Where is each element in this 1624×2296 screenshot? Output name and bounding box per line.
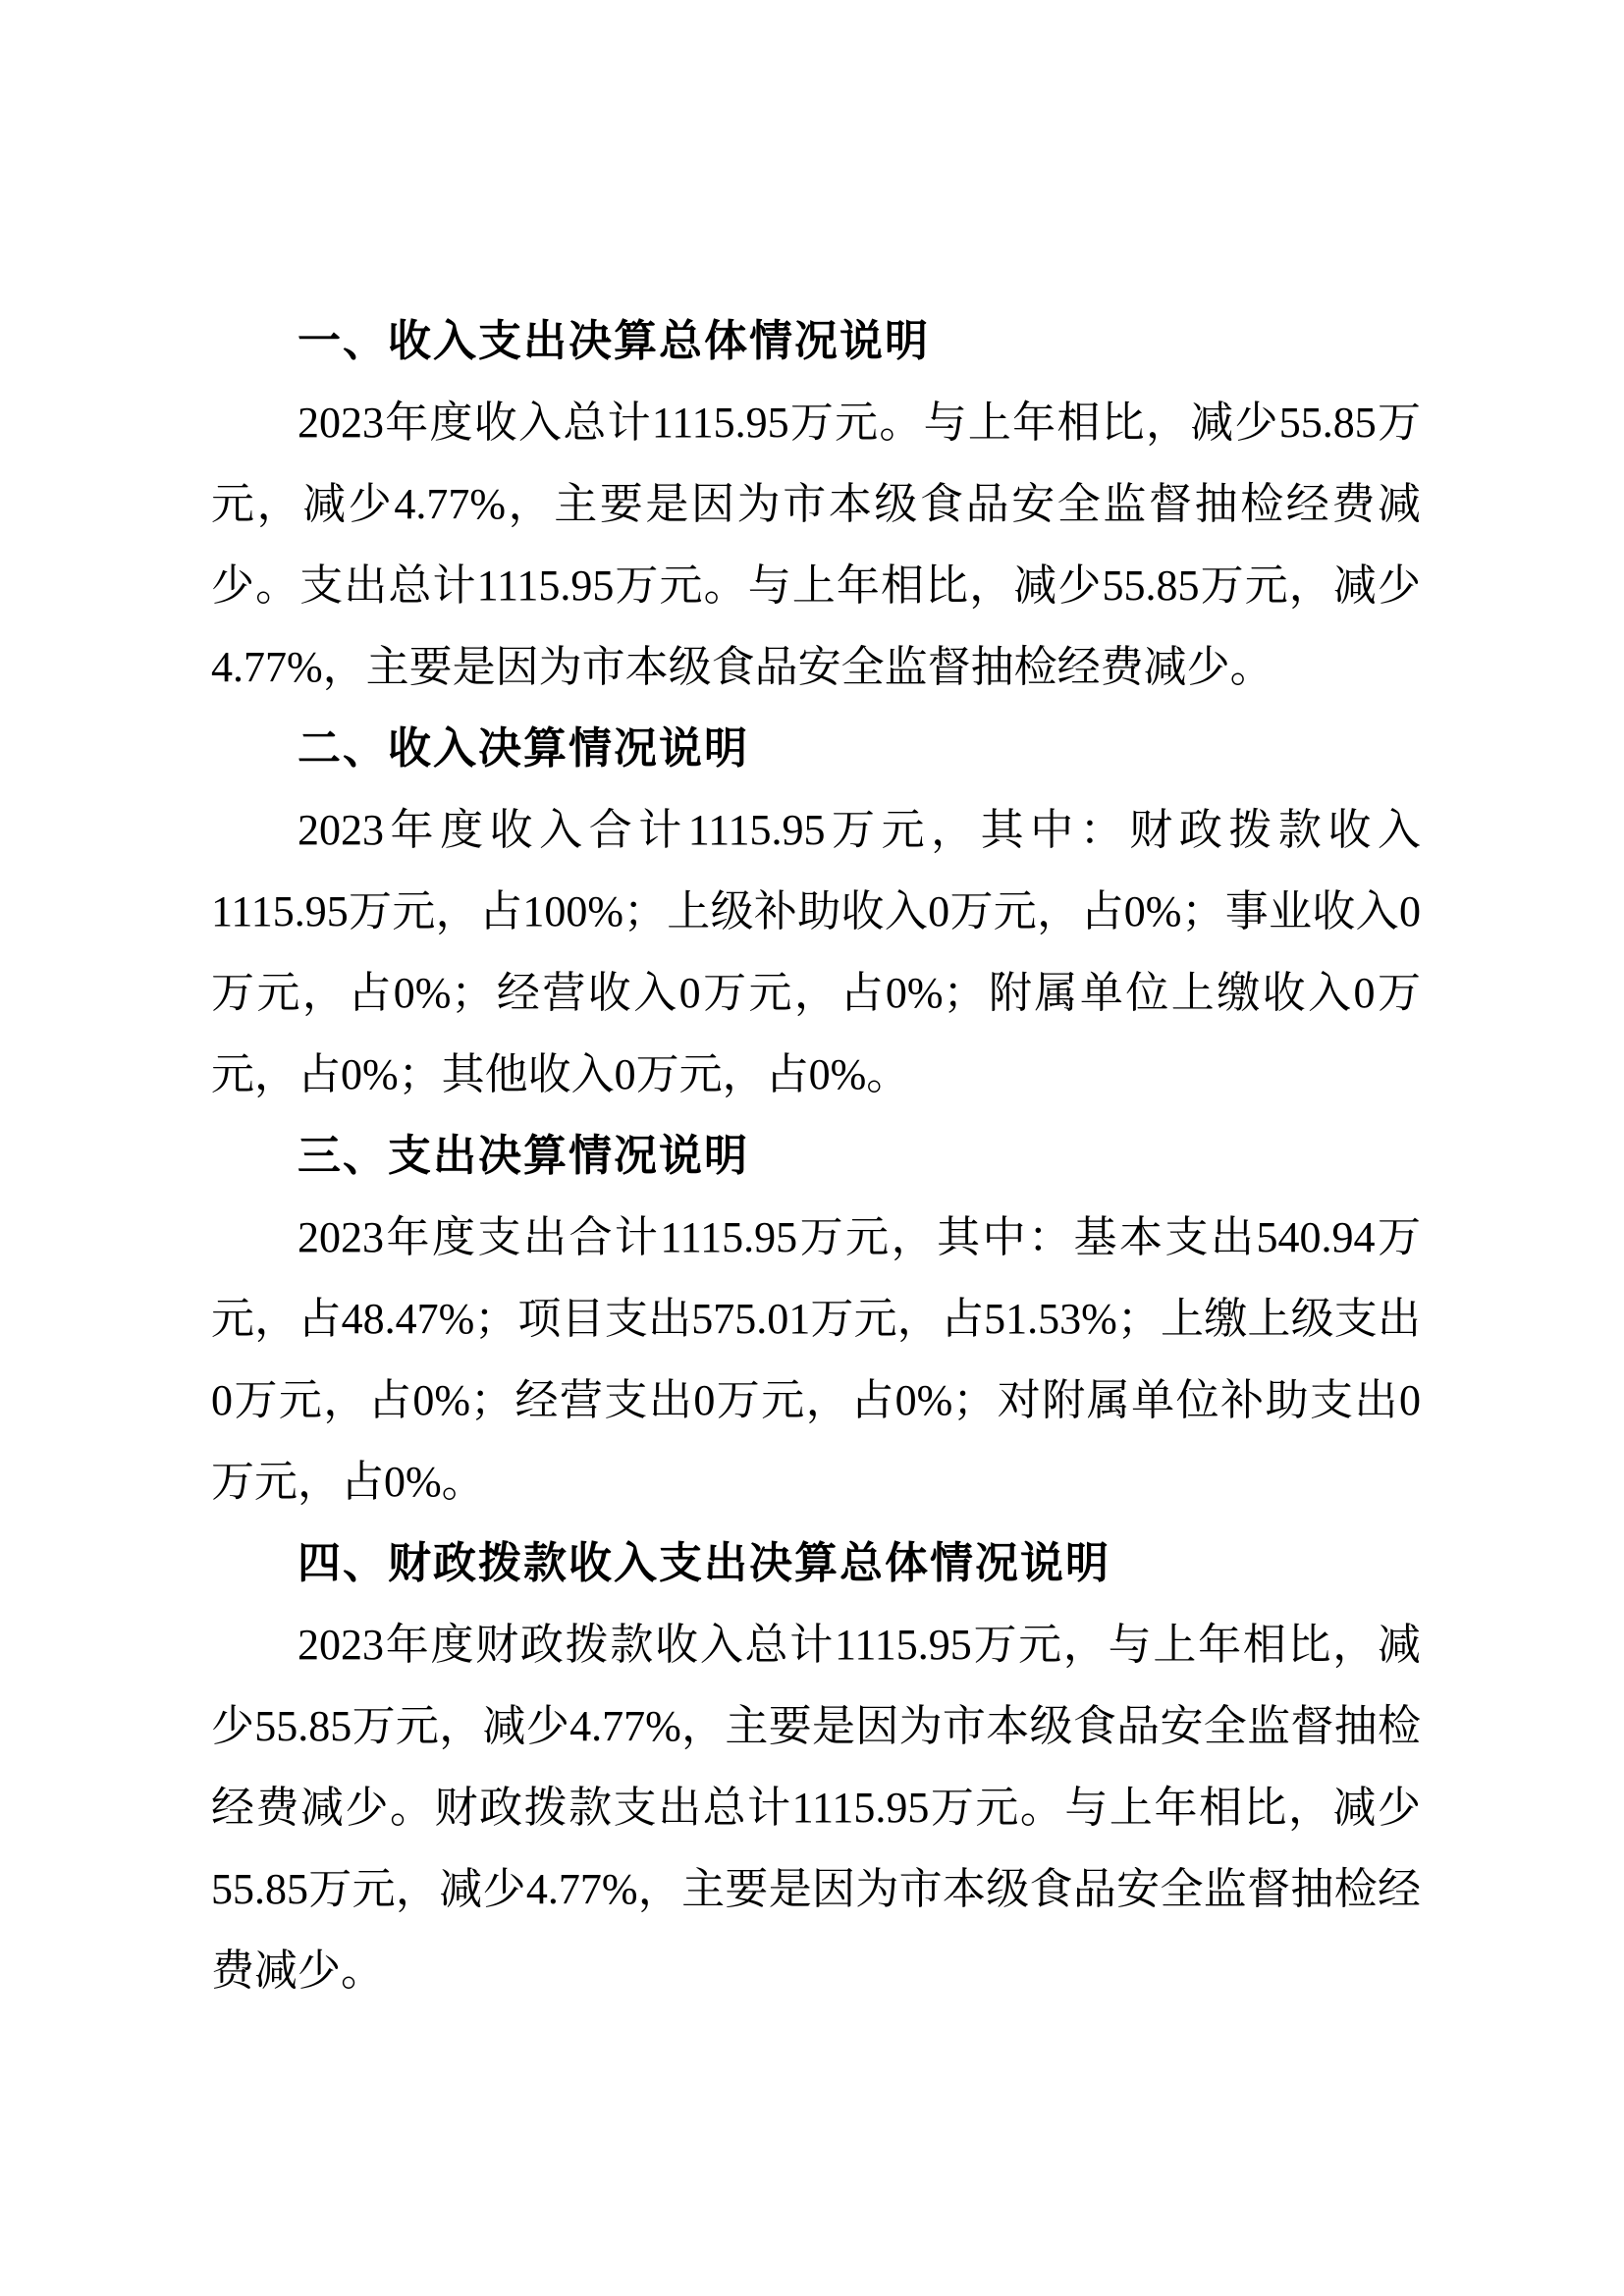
section-3-heading: 三、支出决算情况说明 xyxy=(211,1115,1421,1197)
section-1-heading: 一、收入支出决算总体情况说明 xyxy=(211,300,1421,382)
section-4-heading: 四、财政拨款收入支出决算总体情况说明 xyxy=(211,1522,1421,1604)
section-2-heading: 二、收入决算情况说明 xyxy=(211,708,1421,789)
document-page: 一、收入支出决算总体情况说明 2023年度收入总计1115.95万元。与上年相比… xyxy=(0,0,1624,2296)
section-4-paragraph: 2023年度财政拨款收入总计1115.95万元，与上年相比，减少55.85万元，… xyxy=(211,1604,1421,2011)
section-3-paragraph: 2023年度支出合计1115.95万元，其中：基本支出540.94万元，占48.… xyxy=(211,1197,1421,1522)
section-2-paragraph: 2023年度收入合计1115.95万元，其中：财政拨款收入1115.95万元，占… xyxy=(211,789,1421,1115)
section-1-paragraph: 2023年度收入总计1115.95万元。与上年相比，减少55.85万元，减少4.… xyxy=(211,382,1421,708)
document-content: 一、收入支出决算总体情况说明 2023年度收入总计1115.95万元。与上年相比… xyxy=(211,300,1421,2011)
